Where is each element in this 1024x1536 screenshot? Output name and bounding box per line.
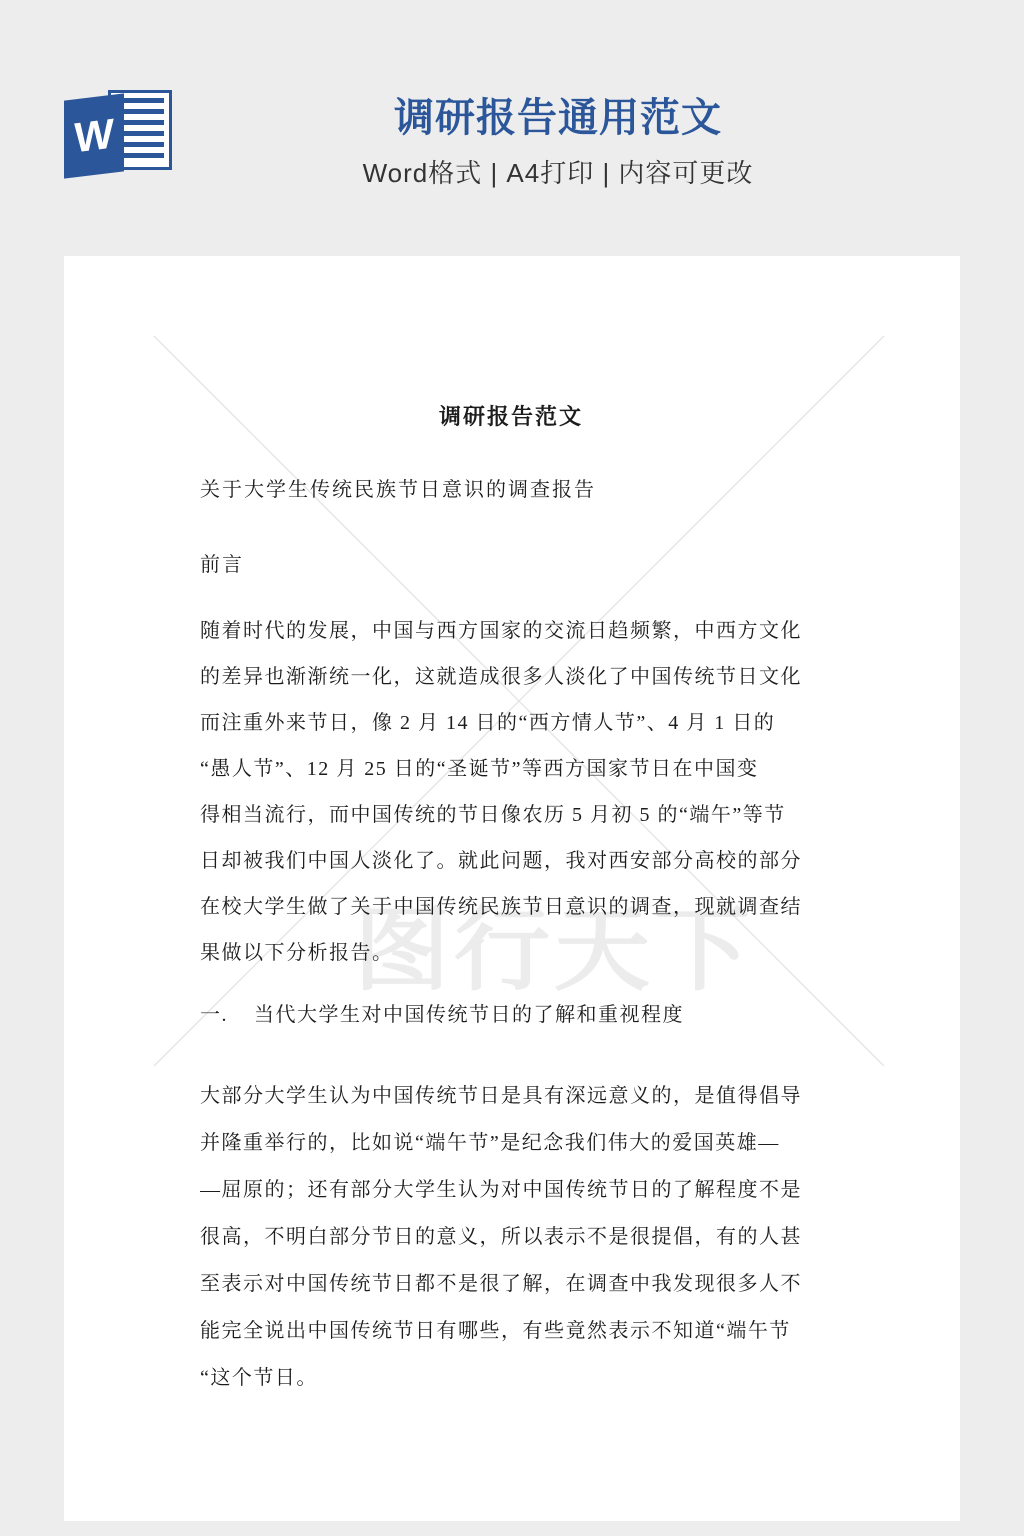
paragraph-1: 随着时代的发展，中国与西方国家的交流日趋频繁，中西方文化 的差异也渐渐统一化，这… <box>200 608 822 976</box>
paragraph-line: —屈原的；还有部分大学生认为对中国传统节日的了解程度不是 <box>200 1167 822 1214</box>
word-icon-cover: W <box>64 93 124 178</box>
template-preview-page: W 调研报告通用范文 Word格式 | A4打印 | 内容可更改 图行天下 调研… <box>0 0 1024 1536</box>
section-heading: 一. 当代大学生对中国传统节日的了解和重视程度 <box>200 1000 822 1030</box>
preface-label: 前言 <box>200 550 822 580</box>
paragraph-line: 并隆重举行的，比如说“端午节”是纪念我们伟大的爱国英雄— <box>200 1120 822 1167</box>
document-card: 图行天下 调研报告范文 关于大学生传统民族节日意识的调查报告 前言 随着时代的发… <box>64 256 960 1521</box>
paragraph-line: 能完全说出中国传统节日有哪些，有些竟然表示不知道“端午节 <box>200 1308 822 1355</box>
paragraph-line: 很高，不明白部分节日的意义，所以表示不是很提倡，有的人甚 <box>200 1214 822 1261</box>
paragraph-line: 的差异也渐渐统一化，这就造成很多人淡化了中国传统节日文化 <box>200 654 822 700</box>
paragraph-line: 至表示对中国传统节日都不是很了解，在调查中我发现很多人不 <box>200 1261 822 1308</box>
paragraph-line: 大部分大学生认为中国传统节日是具有深远意义的，是值得倡导 <box>200 1073 822 1120</box>
paragraph-line: 随着时代的发展，中国与西方国家的交流日趋频繁，中西方文化 <box>200 608 822 654</box>
paragraph-line: 在校大学生做了关于中国传统民族节日意识的调查，现就调查结 <box>200 884 822 930</box>
paragraph-line: “愚人节”、12 月 25 日的“圣诞节”等西方国家节日在中国变 <box>200 746 822 792</box>
app-header: W 调研报告通用范文 Word格式 | A4打印 | 内容可更改 <box>0 0 1024 256</box>
page-title: 调研报告通用范文 <box>394 94 722 142</box>
word-icon-page-lines <box>124 98 164 162</box>
word-icon-letter: W <box>74 113 114 160</box>
paragraph-line: 果做以下分析报告。 <box>200 930 822 976</box>
document-title: 调研报告范文 <box>200 402 822 432</box>
page-subtitle: Word格式 | A4打印 | 内容可更改 <box>363 155 754 191</box>
paragraph-line: 日却被我们中国人淡化了。就此问题，我对西安部分高校的部分 <box>200 838 822 884</box>
paragraph-2: 大部分大学生认为中国传统节日是具有深远意义的，是值得倡导 并隆重举行的，比如说“… <box>200 1073 822 1402</box>
word-file-icon: W <box>62 88 178 184</box>
paragraph-line: “这个节日。 <box>200 1355 822 1402</box>
paragraph-line: 而注重外来节日，像 2 月 14 日的“西方情人节”、4 月 1 日的 <box>200 700 822 746</box>
document-subject-line: 关于大学生传统民族节日意识的调查报告 <box>200 475 822 505</box>
document-content: 调研报告范文 关于大学生传统民族节日意识的调查报告 前言 随着时代的发展，中国与… <box>64 256 960 1402</box>
paragraph-line: 得相当流行，而中国传统的节日像农历 5 月初 5 的“端午”等节 <box>200 792 822 838</box>
